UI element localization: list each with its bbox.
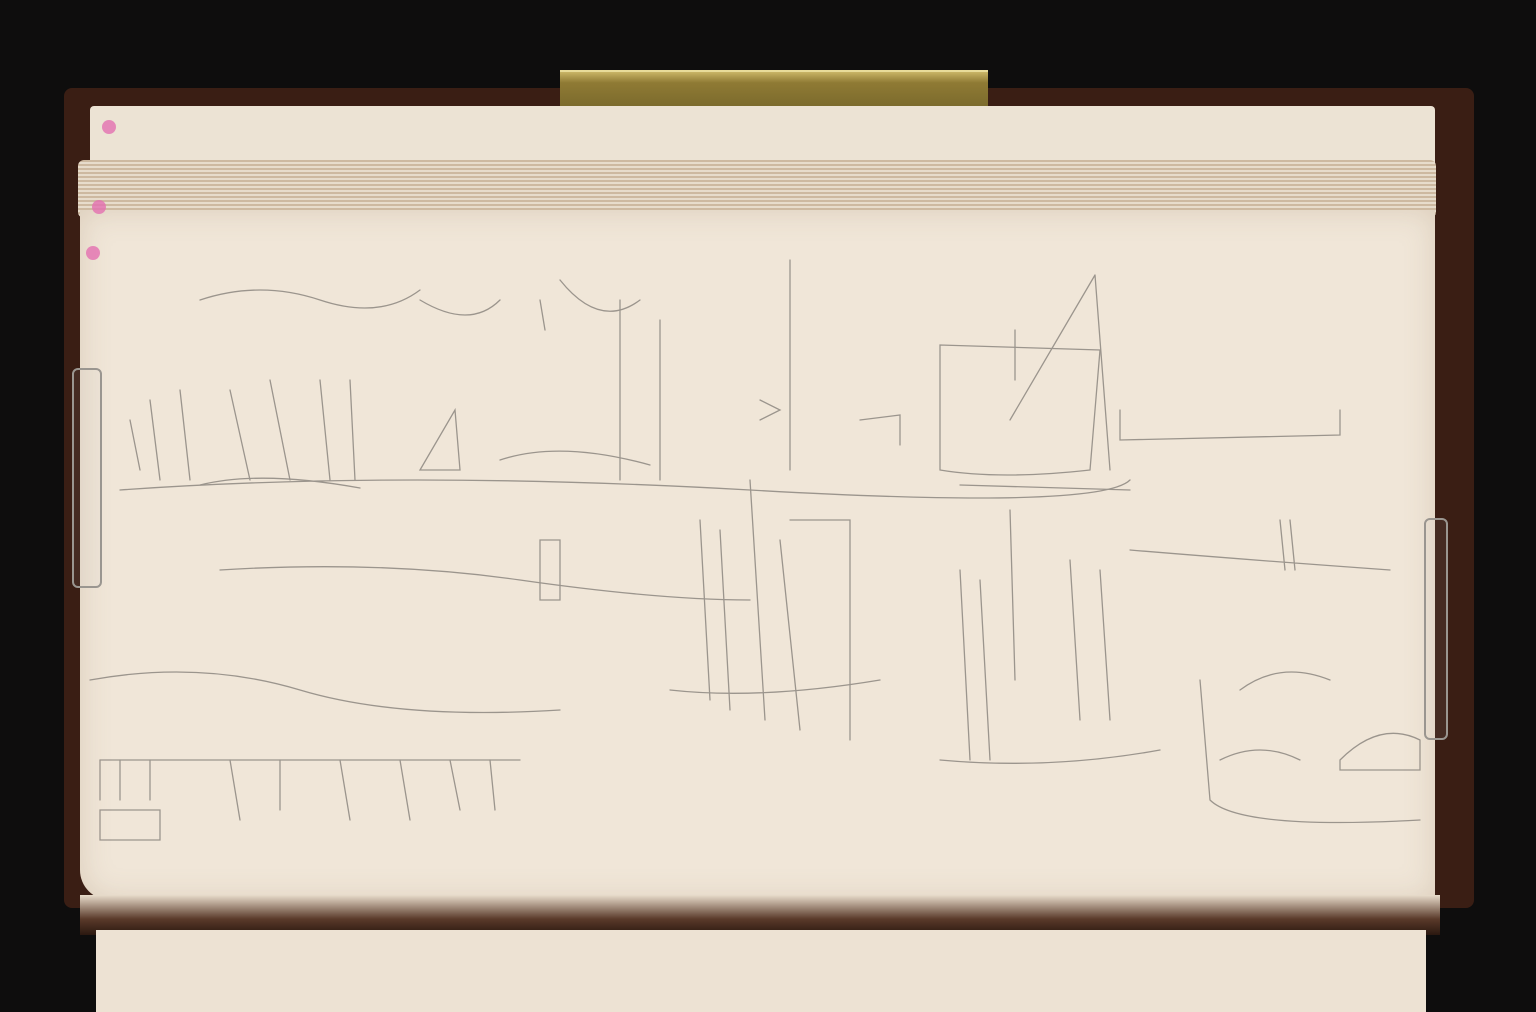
pencil-sketches [0,0,1536,1012]
